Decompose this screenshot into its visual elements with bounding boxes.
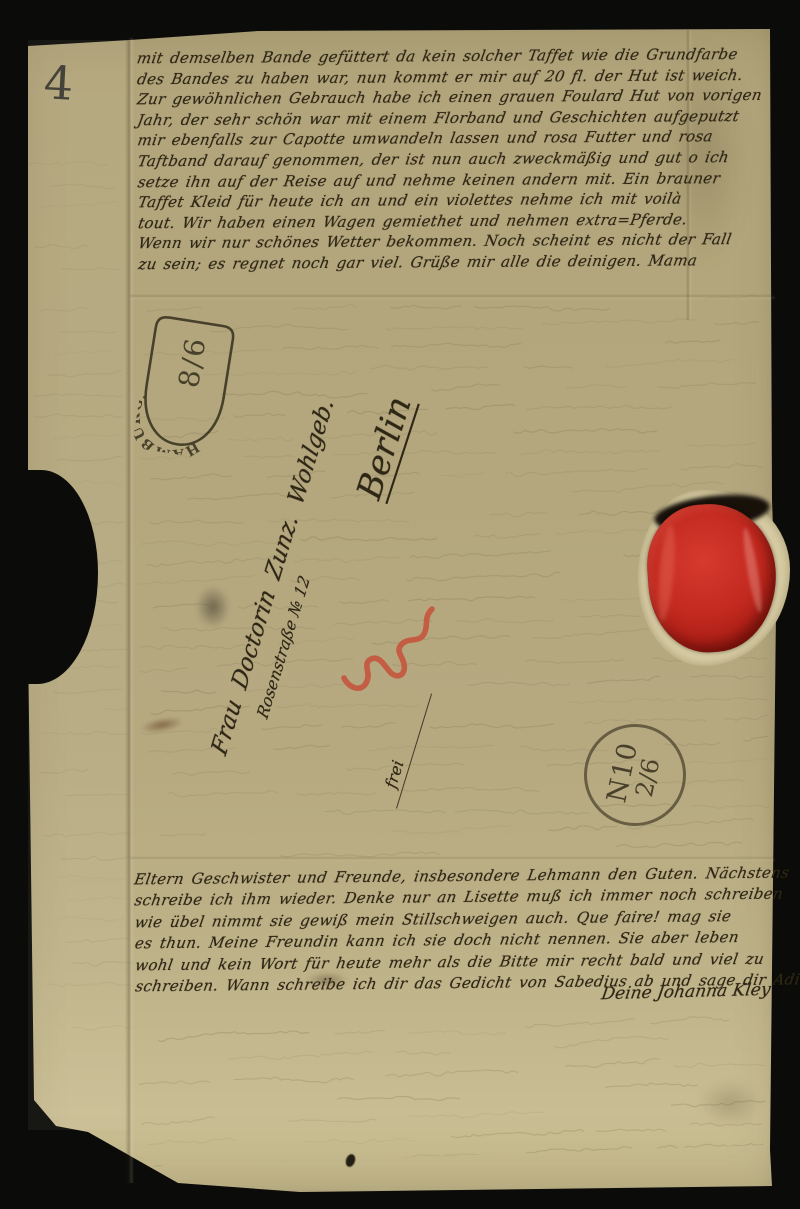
- paper-stain-bottom: [698, 1080, 762, 1126]
- postmark-date: 2/6: [632, 756, 664, 799]
- franking-note-wrap: frei: [344, 688, 464, 808]
- franking-note: frei: [376, 687, 432, 808]
- hamburg-postmark-date: 8/6: [172, 334, 213, 390]
- handwritten-line: zu sein; es regnet noch gar viel. Grüße …: [137, 250, 780, 275]
- page-number: 4: [43, 55, 75, 110]
- crease-lower: [130, 856, 775, 862]
- letter-body-top: mit demselben Bande gefüttert da kein so…: [135, 44, 777, 275]
- scan-background: { "page": { "page_number": "4", "backgro…: [0, 0, 800, 1209]
- letter-body-bottom: Eltern Geschwister und Freunde, insbeson…: [132, 863, 778, 998]
- crease-upper: [130, 294, 775, 300]
